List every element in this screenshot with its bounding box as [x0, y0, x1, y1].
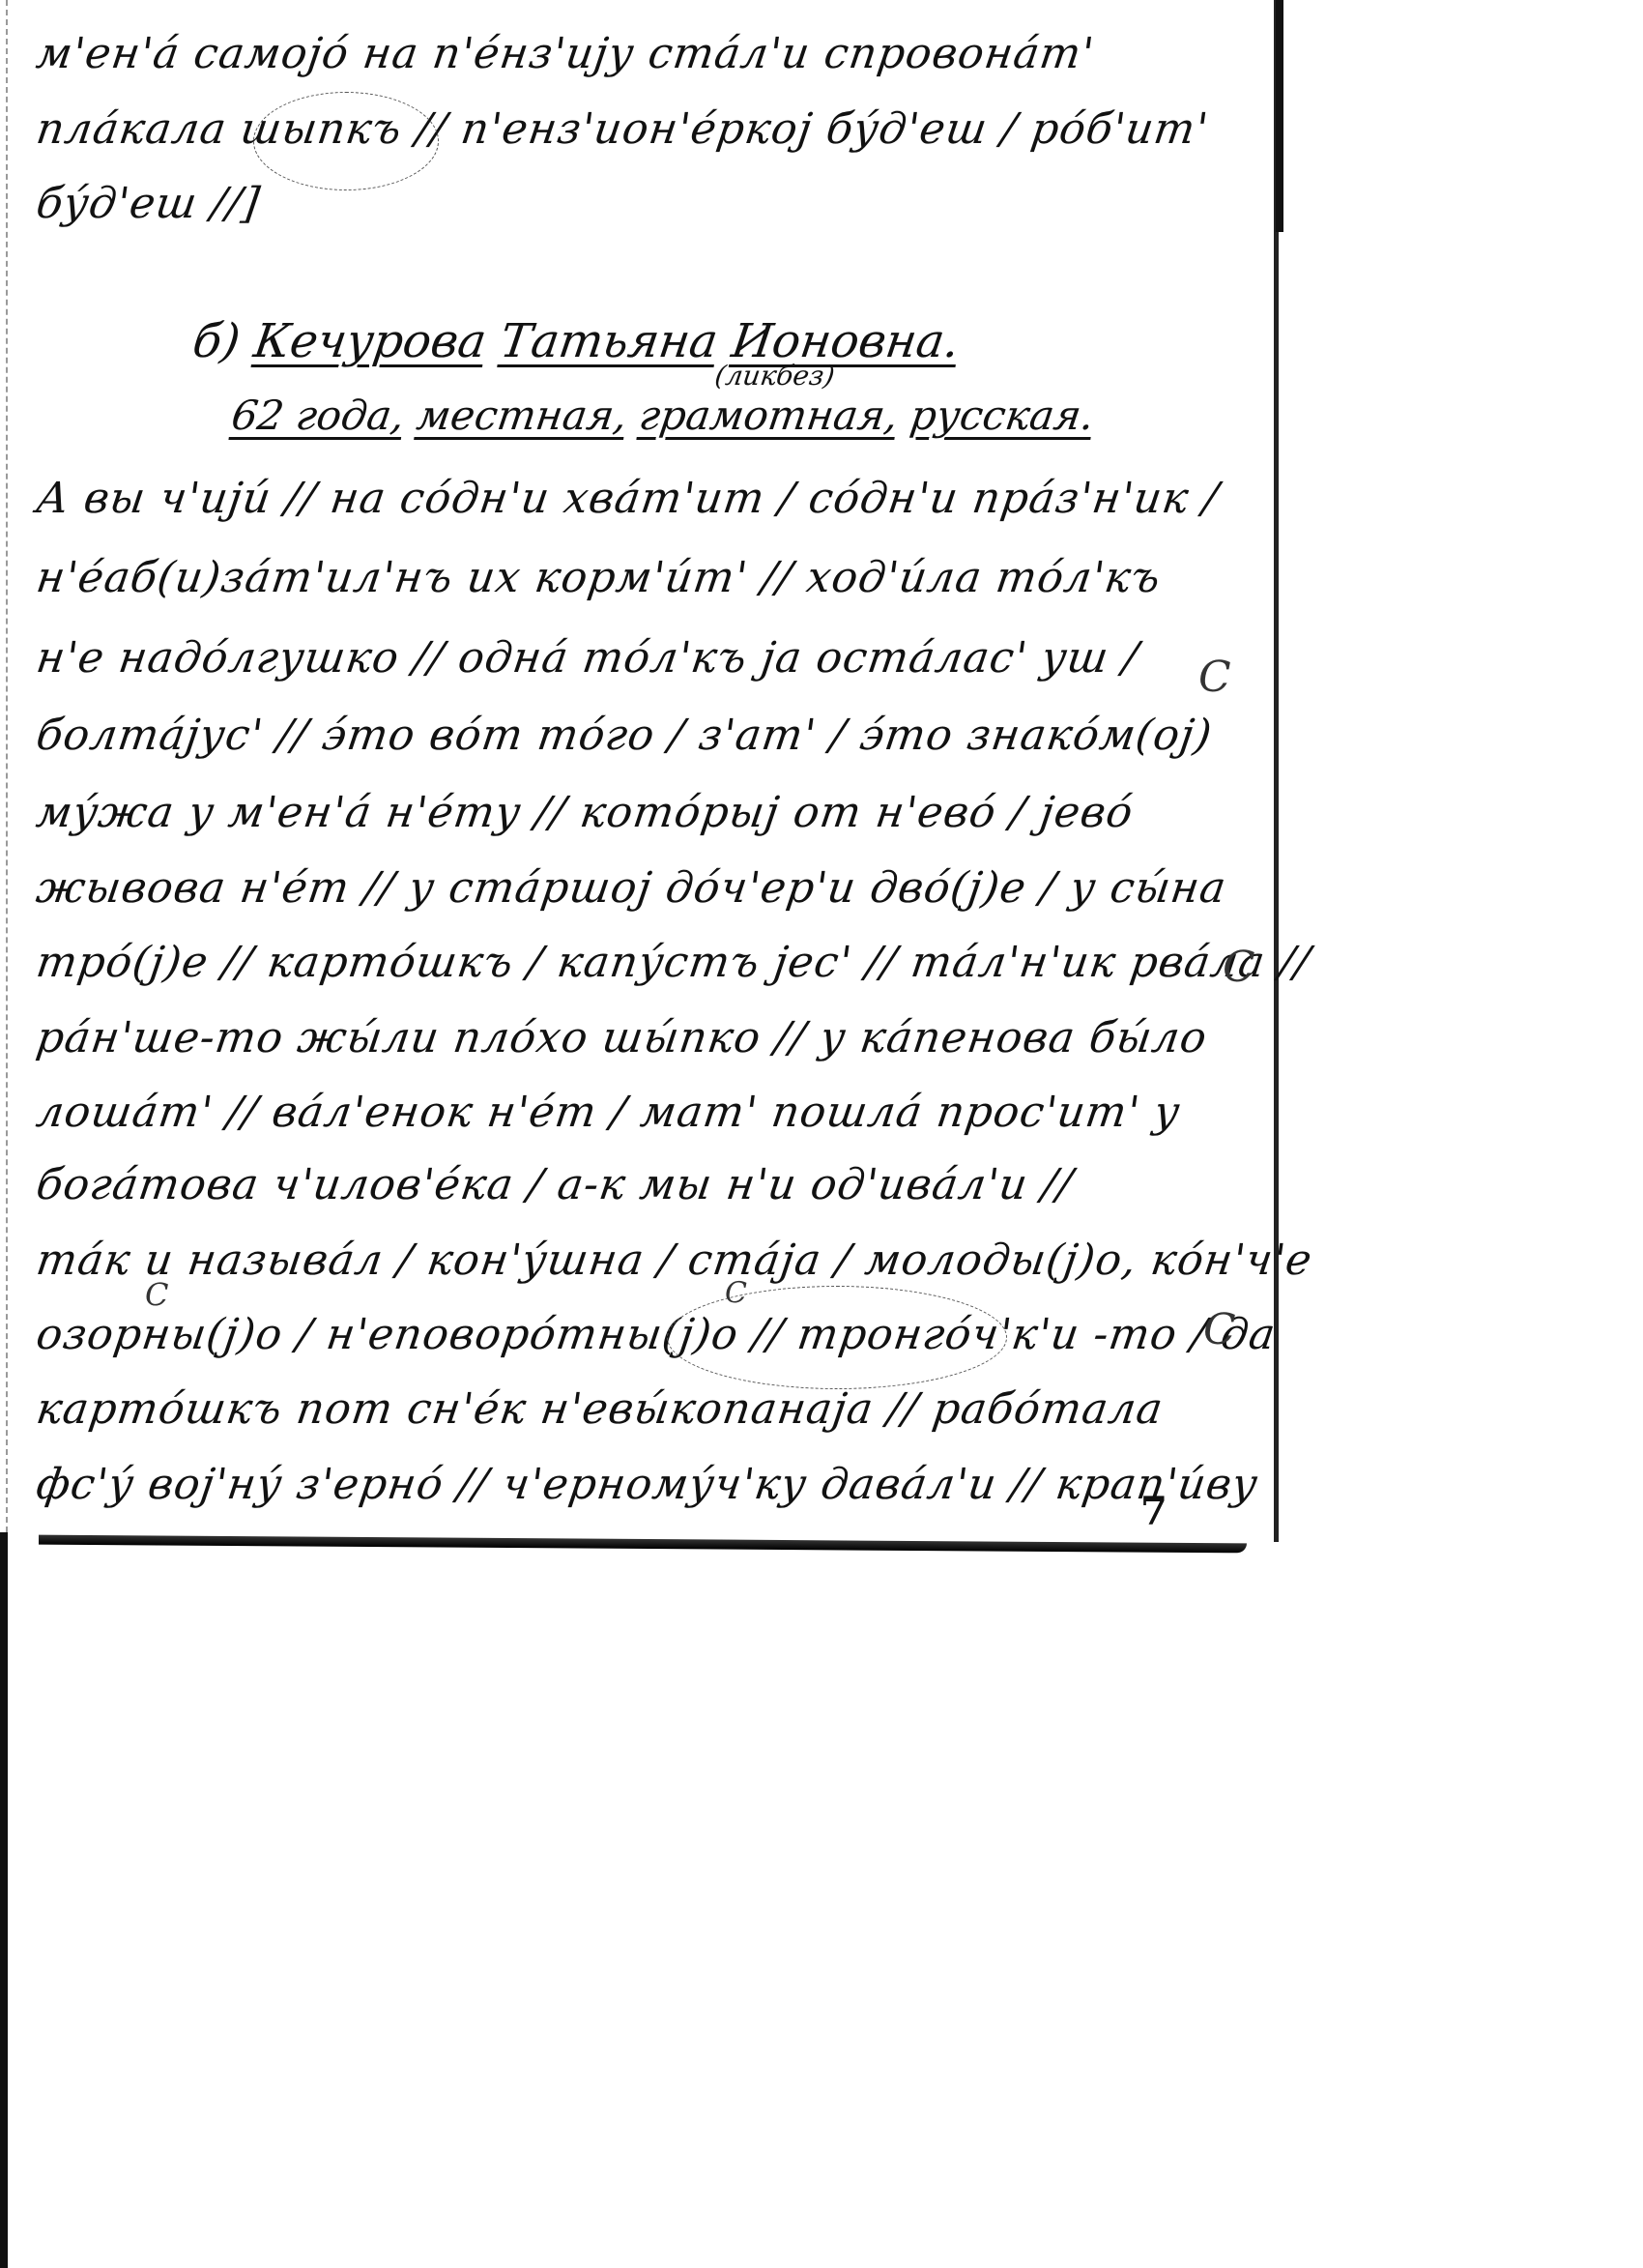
continuation-line-1: м'ен'á самоjó на п'éнз'ију ста́л'и спров…: [33, 29, 1097, 78]
margin-mark-3: С: [1203, 1305, 1236, 1354]
left-margin-dashes: [6, 0, 8, 1532]
transcript-line-3: н'е надо́лгушко // одна́ то́л'къ ја оста…: [33, 633, 1141, 683]
circle-annotation-trongochki: [667, 1286, 1007, 1389]
note-likbez: (ликбез): [713, 360, 837, 392]
transcript-line-13: карто́шкъ пот сн'е́к н'евы́копанаја // р…: [33, 1384, 1166, 1434]
margin-mark-4: С: [145, 1276, 168, 1313]
margin-mark-1: С: [1198, 653, 1231, 702]
transcript-line-14: фс'у́ вој'ну́ з'ерно́ // ч'ерному́ч'ку д…: [33, 1460, 1261, 1509]
scanned-page: м'ен'á самоjó на п'éнз'ију ста́л'и спров…: [0, 0, 1643, 2268]
speaker-age: 62 года,: [229, 392, 408, 439]
page-number: 7: [1140, 1489, 1167, 1534]
bottom-rule: [39, 1535, 1247, 1554]
transcript-line-12: озорны(ј)о / н'еповоро́тны(ј)о // тронго…: [33, 1310, 1279, 1359]
speaker-literacy: грамотная,: [636, 392, 901, 439]
circle-annotation-shypk: [253, 92, 439, 190]
transcript-line-11: та́к и называ́л / кон'у́шна / ста́ја / м…: [33, 1236, 1315, 1285]
speaker-nationality: русская.: [908, 392, 1097, 439]
continuation-line-3: бу́д'еш //]: [33, 179, 263, 228]
transcript-line-10: бога́това ч'илов'е́ка / а-к мы н'и од'ив…: [33, 1160, 1076, 1209]
speaker-origin: местная,: [414, 392, 630, 439]
transcript-line-6: жывова н'е́т // у ста́ршој до́ч'ер'и дво…: [33, 863, 1229, 913]
margin-mark-5: С: [725, 1276, 747, 1310]
transcript-line-7: тро́(ј)е // карто́шкъ / капу́стъ јес' //…: [33, 938, 1313, 987]
speaker-surname: Кечурова: [250, 314, 489, 368]
margin-mark-2: С: [1223, 943, 1255, 992]
transcript-line-4: болта́јус' // э́то во́т то́го / з'ат' / …: [33, 711, 1215, 760]
speaker-heading: б) Кечурова Татьяна Ионовна.: [189, 314, 963, 368]
transcript-line-2: н'е́аб(и)за́т'ил'нъ их корм'и́т' // ход'…: [33, 553, 1164, 602]
continuation-line-2: пла́кала шыпкъ // п'енз'ион'е́ркој бу́д'…: [33, 104, 1211, 154]
transcript-line-5: му́жа у м'ен'а́ н'е́ту // кото́рыј от н'…: [33, 788, 1136, 837]
speaker-first-name: Татьяна: [497, 314, 721, 368]
scan-left-edge: [0, 1532, 8, 2268]
section-marker: б): [189, 314, 244, 368]
transcript-line-8: ра́н'ше-то жы́ли пло́хо шы́пко // у ка́п…: [33, 1013, 1210, 1062]
transcript-line-9: лоша́т' // ва́л'енок н'е́т / мат' пошла́…: [33, 1088, 1183, 1137]
transcript-line-1: А вы ч'иjи́ // на со́дн'и хва́т'ит / со́…: [33, 474, 1222, 523]
speaker-info: 62 года, местная, грамотная, русская.: [229, 392, 1098, 439]
